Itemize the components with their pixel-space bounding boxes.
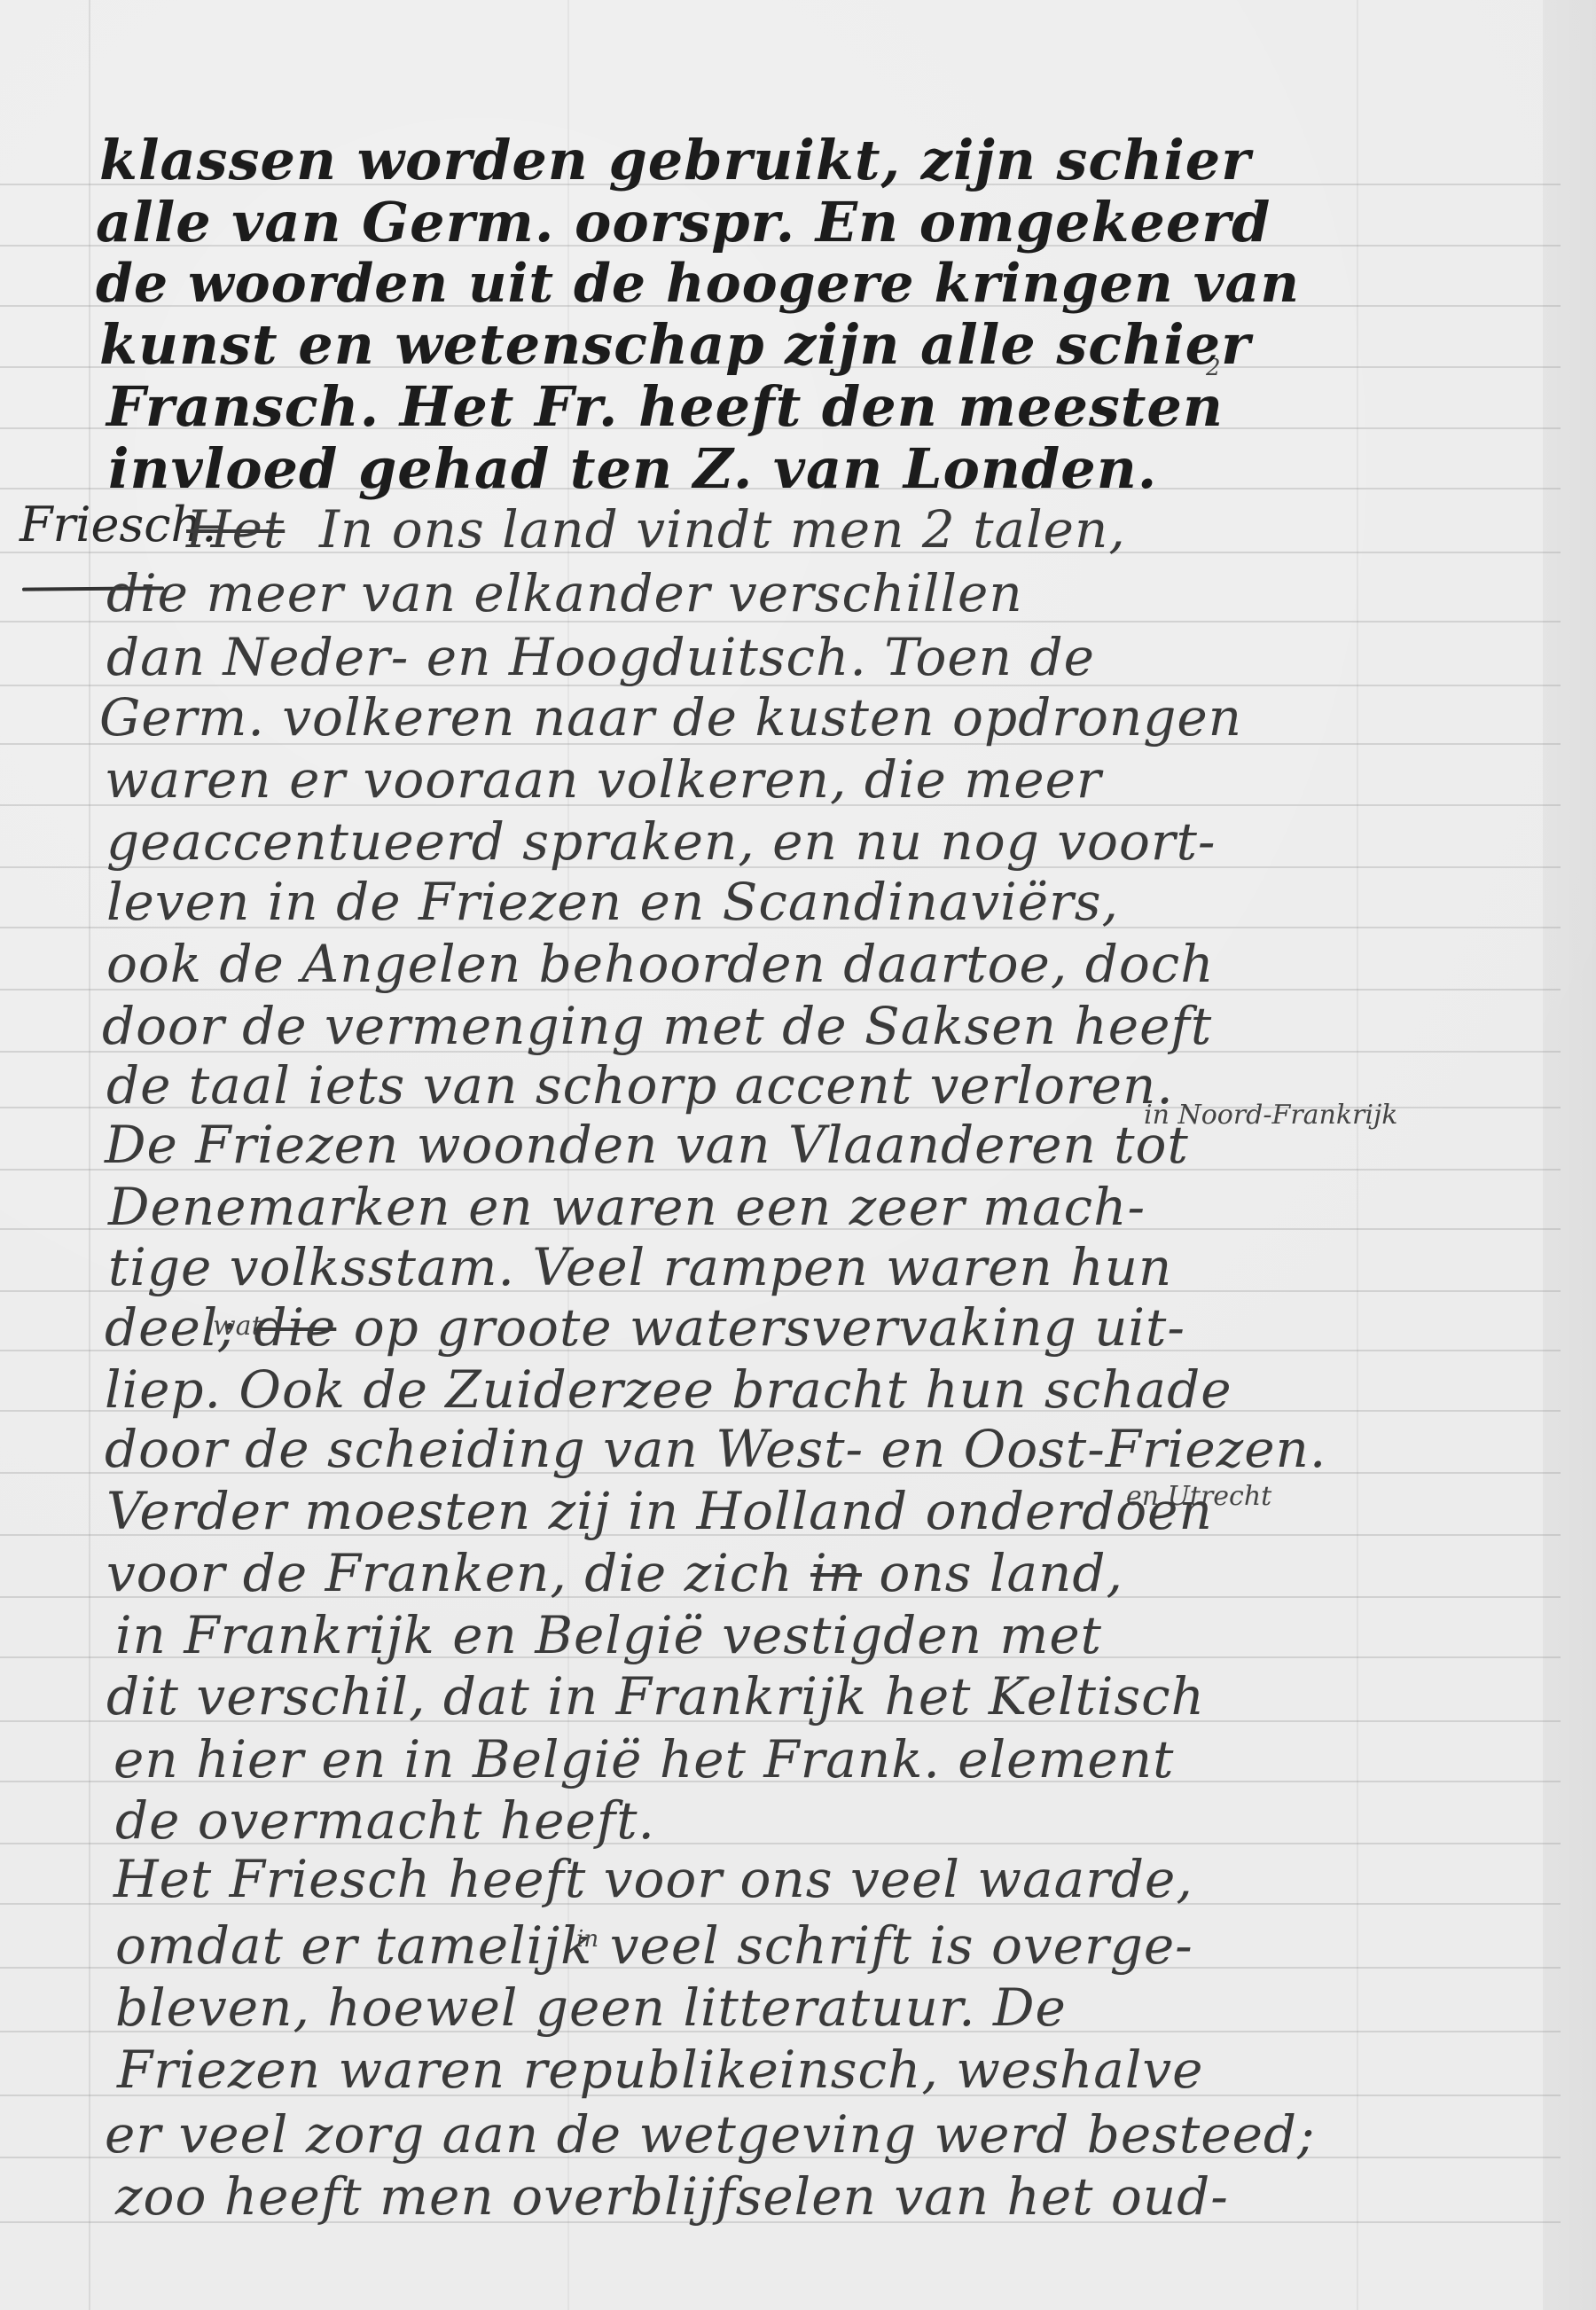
text-line: Fransch. Het Fr. heeft den meesten — [106, 380, 1224, 435]
text-line: waren er vooraan volkeren, die meer — [105, 754, 1102, 805]
text-line: de overmacht heeft. — [115, 1795, 655, 1846]
text-line: Verder moesten zij in Holland onderdoen — [106, 1485, 1213, 1537]
text-line: in Frankrijk en België vestigden met — [115, 1609, 1102, 1661]
text-line: omdat er tamelijk veel schrift is overge… — [115, 1920, 1193, 1971]
text-line: en hier en in België het Frank. element — [113, 1734, 1174, 1785]
text-line: tige volksstam. Veel rampen waren hun — [108, 1241, 1172, 1293]
left-margin-line — [89, 0, 90, 2310]
text-line: deel; die op groote watersvervaking uit- — [105, 1302, 1185, 1353]
right-guide-line — [1357, 0, 1358, 2310]
text-line: zoo heeft men overblijfselen van het oud… — [115, 2171, 1229, 2222]
text-line: Germ. volkeren naar de kusten opdrongen — [99, 692, 1242, 743]
text-line: de taal iets van schorp accent verloren. — [106, 1060, 1174, 1111]
text-line: Het Friesch heeft voor ons veel waarde, — [113, 1853, 1193, 1905]
text-line: alle van Germ. oorspr. En omgekeerd — [96, 195, 1271, 250]
text-line: dit verschil, dat in Frankrijk het Kelti… — [106, 1671, 1205, 1722]
text-line: Denemarken en waren een zeer mach- — [108, 1181, 1146, 1233]
text-line: door de scheiding van West- en Oost-Frie… — [105, 1423, 1326, 1475]
text-line: liep. Ook de Zuiderzee bracht hun schade — [105, 1364, 1232, 1415]
text-line: Friezen waren republikeinsch, weshalve — [117, 2044, 1204, 2095]
struck-word: die — [254, 1297, 336, 1358]
text-line: voor de Franken, die zich in ons land, — [106, 1547, 1123, 1599]
struck-word: in — [810, 1543, 862, 1603]
text-line: dan Neder- en Hoogduitsch. Toen de — [106, 631, 1095, 683]
text-line: door de vermenging met de Saksen heeft — [102, 1000, 1212, 1052]
text-line: geaccentueerd spraken, en nu nog voort- — [106, 816, 1217, 867]
text-line: leven in de Friezen en Scandinaviërs, — [106, 876, 1119, 928]
text-line: er veel zorg aan de wetgeving werd beste… — [105, 2109, 1316, 2160]
notebook-page: Friesch. 2 in Noord-Frankrijk wat en Utr… — [0, 0, 1596, 2310]
text-line: kunst en wetenschap zijn alle schier — [99, 317, 1251, 372]
text-line: invloed gehad ten Z. van Londen. — [108, 442, 1157, 497]
text-line: De Friezen woonden van Vlaanderen tot — [105, 1119, 1189, 1171]
text-line: klassen worden gebruikt, zijn schier — [99, 133, 1251, 188]
text-line: die meer van elkander verschillen — [106, 568, 1023, 619]
text-line-continued: In ons land vindt men 2 talen, — [319, 504, 1126, 555]
text-line: bleven, hoewel geen litteratuur. De — [115, 1982, 1067, 2033]
text-line: de woorden uit de hoogere kringen van — [96, 257, 1300, 310]
text-line: ook de Angelen behoorden daartoe, doch — [106, 938, 1215, 990]
